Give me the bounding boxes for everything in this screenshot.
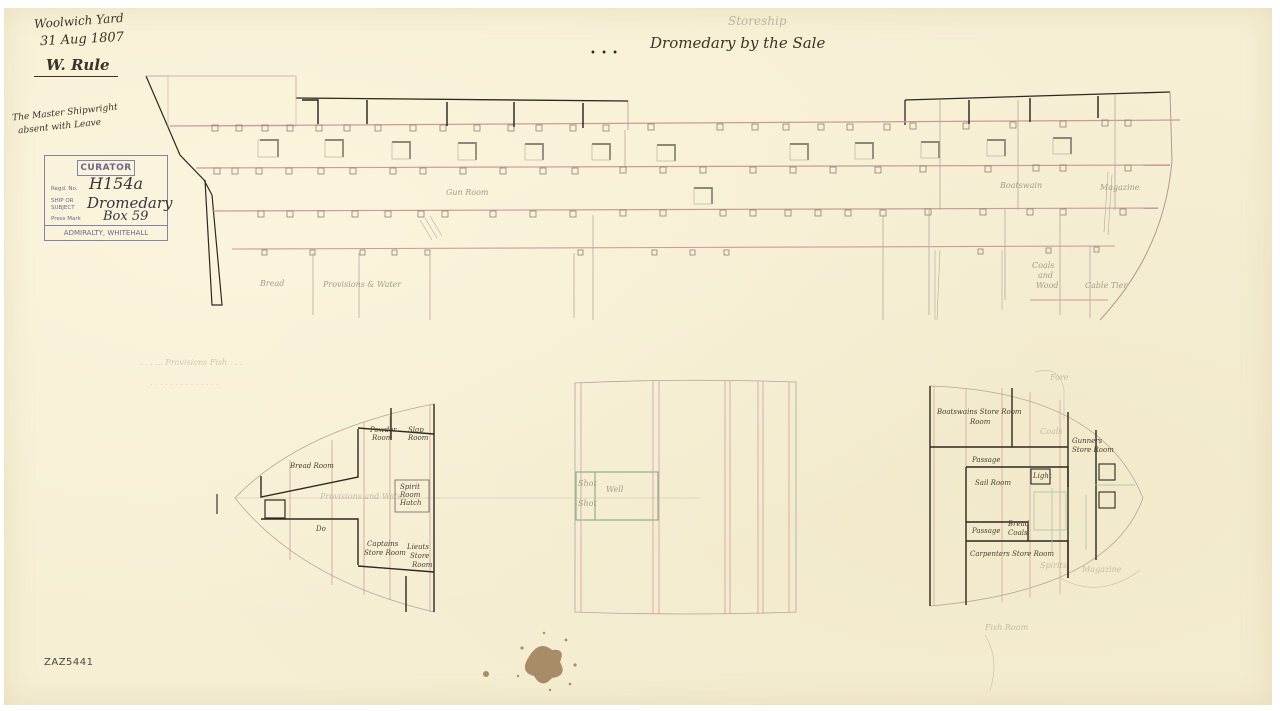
svg-text:Passage: Passage (971, 456, 1001, 464)
svg-text:Store Room: Store Room (364, 549, 406, 557)
svg-text:Coals: Coals (1008, 529, 1028, 537)
svg-text:. . . . . . . . . . . . . .: . . . . . . . . . . . . . . (150, 378, 219, 387)
svg-text:Captains: Captains (367, 540, 399, 548)
ink-stain (483, 632, 577, 691)
svg-text:Spirits: Spirits (1040, 561, 1067, 570)
svg-text:Fore: Fore (1049, 373, 1069, 382)
svg-text:Room: Room (969, 418, 991, 426)
svg-text:Store Room: Store Room (1072, 446, 1114, 454)
svg-text:Coals: Coals (1032, 261, 1054, 270)
svg-text:. . . ... Provisions Fish .: . . . ... Provisions Fish . . . (140, 358, 242, 367)
svg-text:Spirit: Spirit (400, 483, 420, 491)
svg-text:Provisions and Water: Provisions and Water (319, 492, 407, 501)
svg-text:Room: Room (411, 561, 433, 569)
svg-text:Store: Store (410, 552, 429, 560)
svg-text:Light: Light (1032, 472, 1052, 480)
svg-text:Room: Room (407, 434, 429, 442)
svg-text:Do: Do (315, 525, 326, 533)
svg-text:Carpenters Store Room: Carpenters Store Room (970, 550, 1054, 558)
ship-drawing: Provisions & Water Bread Gun Room Boatsw… (0, 0, 1280, 711)
svg-text:Shot: Shot (578, 499, 597, 508)
pencil-note: . . . ... Provisions Fish . . . . . . . … (140, 358, 242, 387)
svg-text:Coals: Coals (1040, 427, 1062, 436)
svg-text:Passage: Passage (971, 527, 1001, 535)
svg-text:Gun Room: Gun Room (446, 188, 489, 197)
svg-text:Shot: Shot (578, 479, 597, 488)
svg-text:Bread Room: Bread Room (289, 462, 334, 470)
svg-text:Gunners: Gunners (1072, 437, 1103, 445)
svg-text:Slop: Slop (408, 426, 424, 434)
svg-text:Lieuts: Lieuts (406, 543, 429, 551)
svg-text:Provisions & Water: Provisions & Water (322, 280, 402, 289)
svg-text:Magazine: Magazine (1099, 183, 1140, 192)
svg-text:Boatswains Store Room: Boatswains Store Room (936, 408, 1022, 416)
svg-text:Powder: Powder (369, 426, 397, 434)
svg-text:Wood: Wood (1036, 281, 1058, 290)
ship-profile: Provisions & Water Bread Gun Room Boatsw… (146, 76, 1180, 320)
svg-text:Well: Well (606, 485, 624, 494)
svg-text:Room: Room (371, 434, 393, 442)
svg-text:Sail Room: Sail Room (975, 479, 1011, 487)
svg-text:and: and (1038, 271, 1053, 280)
svg-text:Boatswain: Boatswain (999, 181, 1042, 190)
svg-text:Bread: Bread (1007, 520, 1030, 528)
svg-text:Bread: Bread (259, 279, 284, 288)
svg-text:Cable Tier: Cable Tier (1085, 281, 1128, 290)
svg-text:Fish Room: Fish Room (984, 623, 1029, 632)
midship-deck-plan: Well Shot Shot (575, 380, 796, 614)
aft-deck-plan: Bread Room Powder Room Slop Room Spirit … (217, 404, 700, 612)
svg-text:Magazine: Magazine (1081, 565, 1122, 574)
fore-deck-plan: Boatswains Store Room Room Gunners Store… (930, 370, 1143, 690)
